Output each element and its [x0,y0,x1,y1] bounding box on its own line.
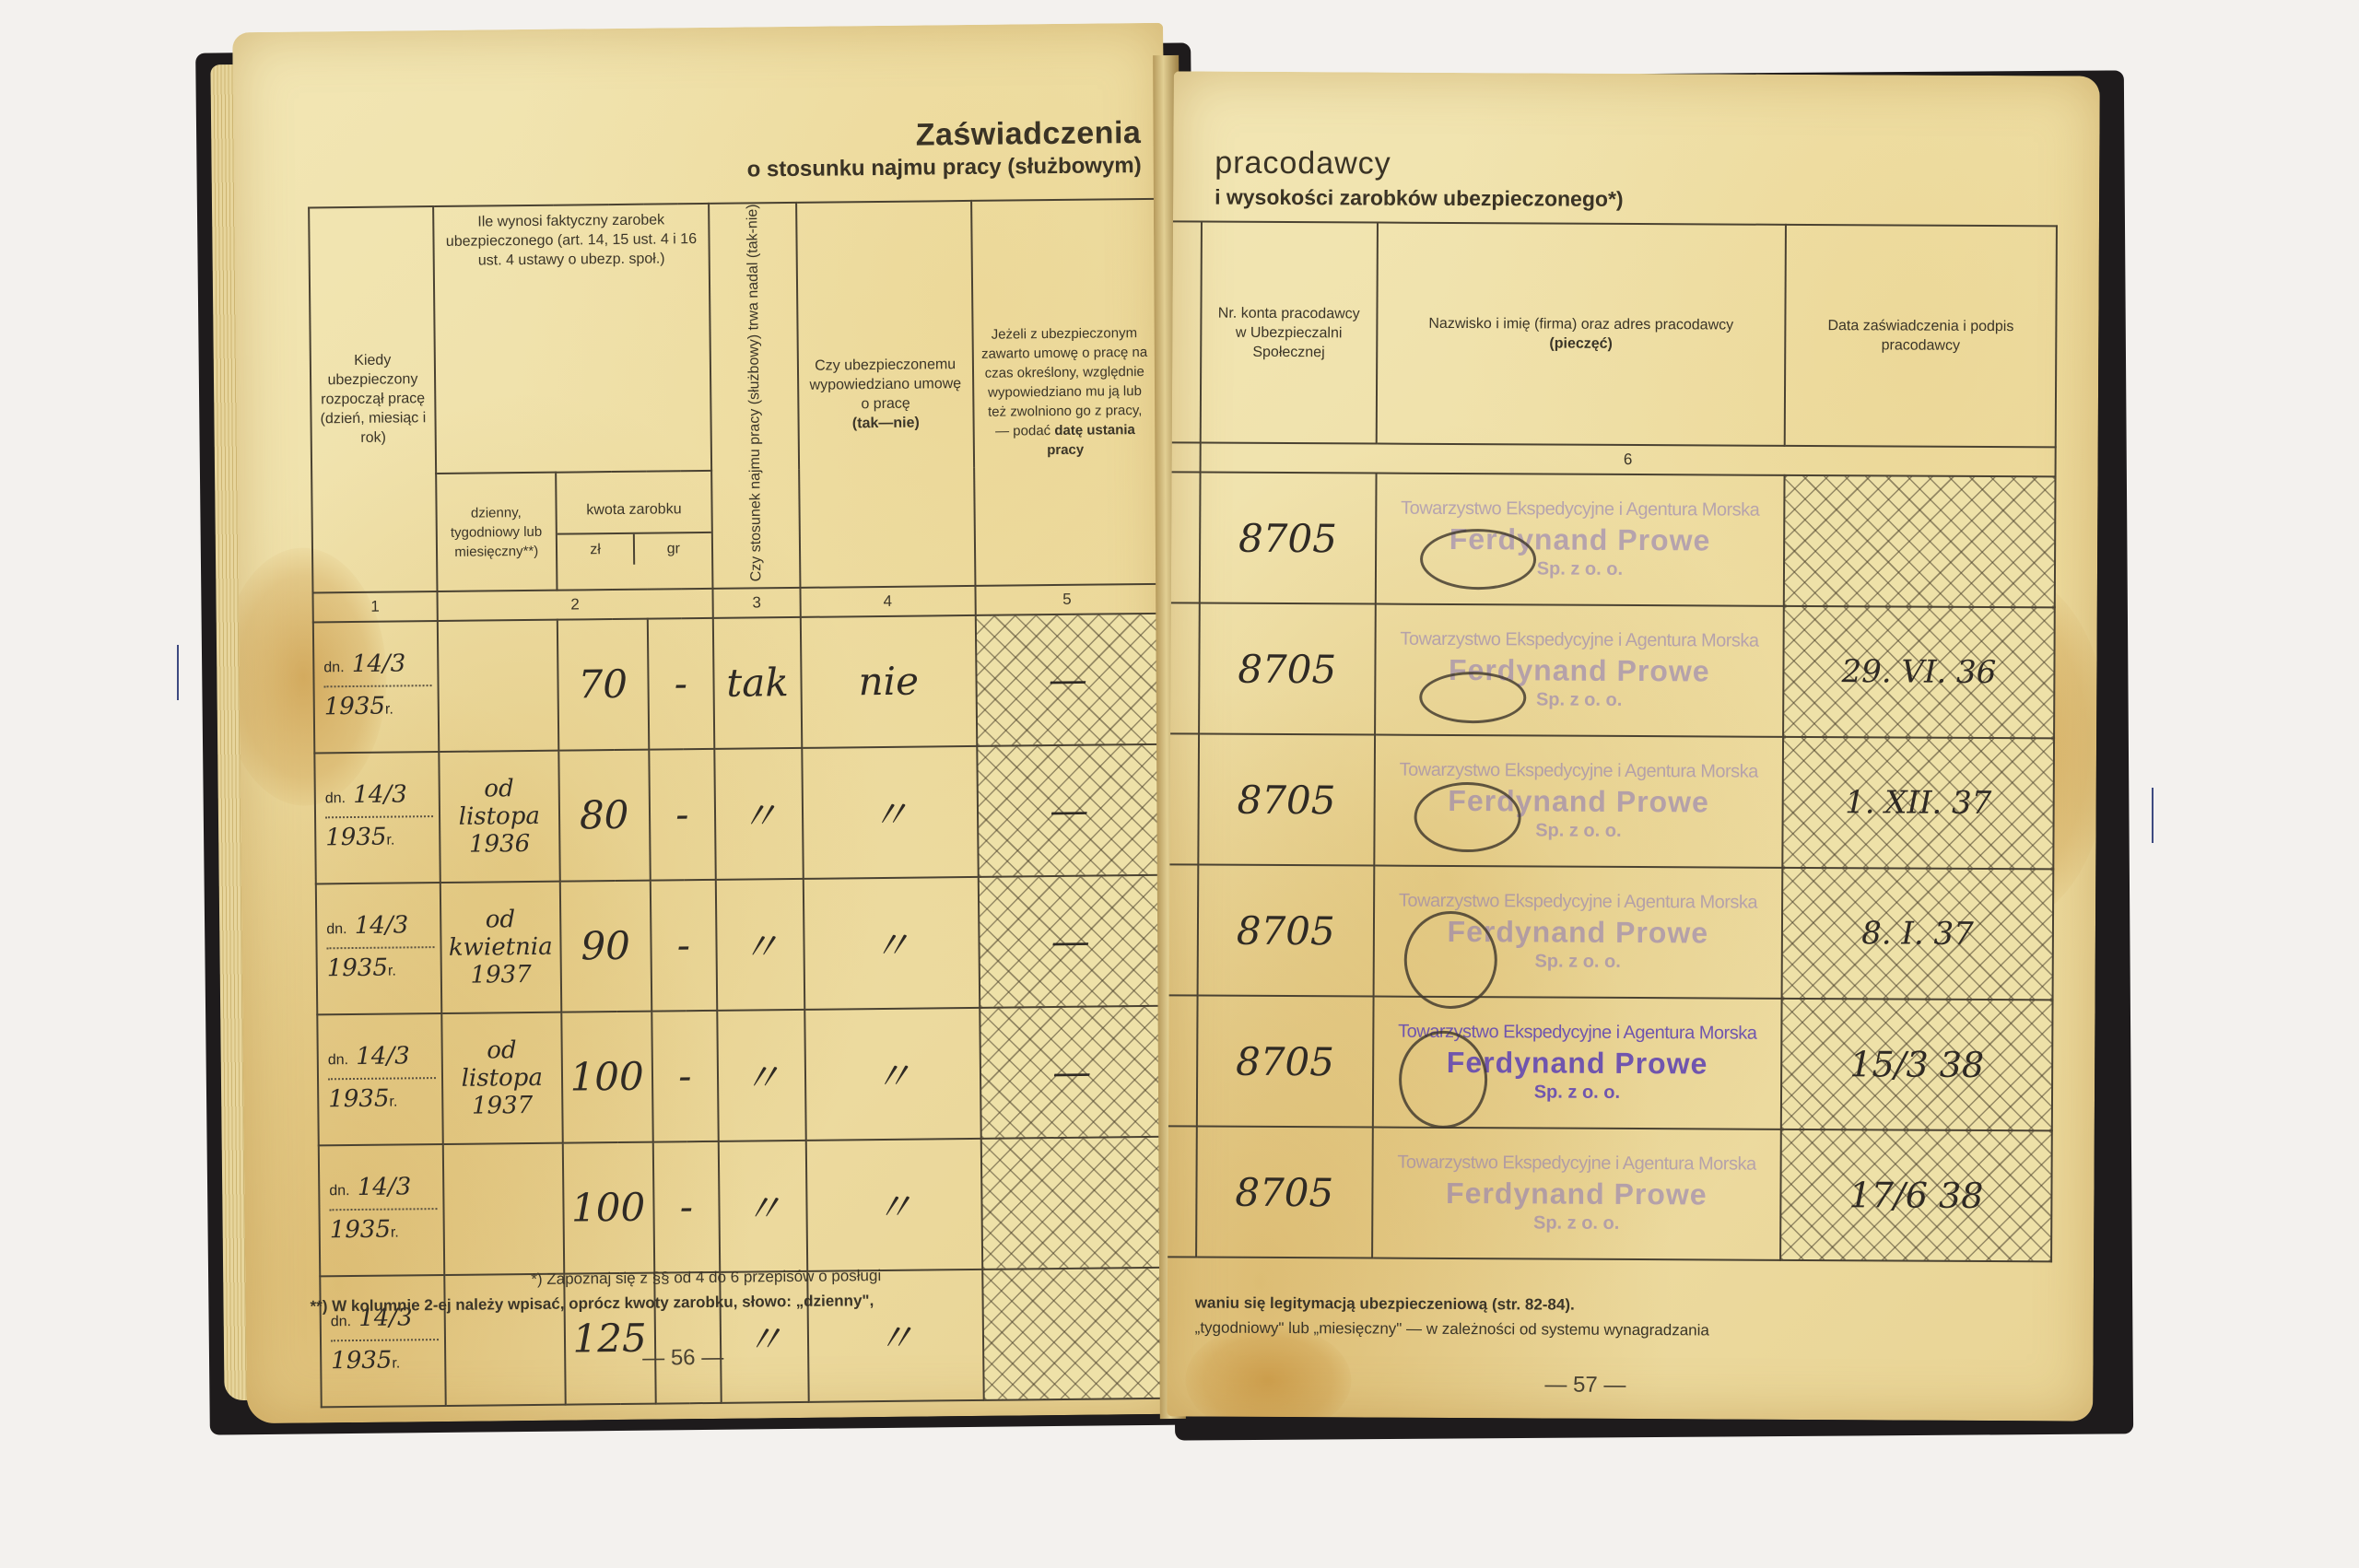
signature-stroke [1404,911,1498,1010]
table-row: dn. 14/3 1935r. od kwietnia 1937 90 - 〃 … [316,875,1163,1015]
page-57: pracodawcy i wysokości zarobków ubezpiec… [1167,71,2100,1421]
certificate-date-header: Data zaświadczenia i podpis pracodawcy [1785,225,2057,448]
start-date-day: 14/3 [353,780,407,809]
table-row: dn. 14/3 1935r. od listopa 1936 80 - 〃 〃… [314,744,1161,884]
table-edge [1172,442,1201,472]
employer-stamp-cell: Towarzystwo Ekspedycyjne i Agentura Mors… [1375,604,1784,737]
amount-zl: 100 [561,1012,652,1143]
start-date-cell: dn. 14/3 1935r. [316,883,441,1014]
r-label: r. [391,1224,399,1240]
signature-stroke [1399,1031,1488,1129]
end-date: — [980,1006,1165,1139]
page-56: Zaświadczenia o stosunku najmu pracy (sł… [232,23,1178,1423]
end-date: — [978,875,1163,1008]
still-employed: 〃 [714,748,803,880]
col-number-3: 3 [713,588,801,618]
footnote-continued-1: waniu się legitymacją ubezpieczeniową (s… [1195,1293,1575,1316]
signature-date: 1. XII. 37 [1782,737,2054,870]
signature-date: 8. I. 37 [1782,868,2054,1000]
end-date: — [975,614,1160,746]
employment-table-right: Nr. konta pracodawcy w Ubezpieczalni Spo… [1168,220,2058,1262]
table-row: dn. 14/3 1935r. 100 - 〃 〃 [319,1137,1166,1277]
signature-date: 29. VI. 36 [1783,606,2055,739]
col2-sub-period: dzienny, tygodniowy lub miesięczny**) [436,473,557,591]
signature-stroke [1414,782,1520,853]
signature-date: 17/6 38 [1780,1129,2052,1262]
amount-zl: 90 [559,881,651,1012]
dn-label: dn. [326,921,346,937]
footnote-asterisk: *) Zapoznaj się z §§ od 4 do 6 przepisów… [531,1265,881,1291]
start-date-year: 1935 [324,693,385,721]
stamp-line1: Towarzystwo Ekspedycyjne i Agentura Mors… [1375,890,1782,915]
employment-table-left: Kiedy ubezpieczony rozpoczął pracę (dzie… [308,198,1168,1409]
end-date: — [977,744,1162,877]
col4-header-text: Czy ubezpieczonemu wypowiedziano umowę o… [810,357,962,412]
col-number-2: 2 [437,589,713,621]
stamp-line2: Ferdynand Prowe [1373,1175,1780,1213]
start-date-day: 14/3 [355,911,409,940]
r-label: r. [389,1094,397,1109]
end-date [982,1268,1168,1400]
start-date-cell: dn. 14/3 1935r. [317,1013,442,1145]
start-date-year: 1935 [328,1085,389,1114]
employer-name-header-bold: (pieczęć) [1549,336,1613,352]
account-number: 8705 [1197,996,1374,1128]
signature-stroke [1419,672,1526,724]
amount-gr: - [652,1141,720,1273]
notice-given: 〃 [804,1008,980,1141]
employer-stamp-cell: Towarzystwo Ekspedycyjne i Agentura Mors… [1372,1128,1781,1260]
amount-zl: 70 [557,619,649,751]
stamp-line1: Towarzystwo Ekspedycyjne i Agentura Mors… [1373,1152,1780,1176]
period-cell [443,1143,564,1275]
table-row: 8705 Towarzystwo Ekspedycyjne i Agentura… [1169,733,2054,869]
company-stamp: Towarzystwo Ekspedycyjne i Agentura Mors… [1373,1152,1780,1236]
col-number-4: 4 [800,586,975,617]
start-date-year: 1935 [331,1347,392,1375]
dn-label: dn. [325,790,346,806]
col5-header: Jeżeli z ubezpieczonym zawarto umowę o p… [971,199,1159,586]
signature-stroke [1420,529,1536,591]
table-edge [1168,995,1198,1126]
col-number-5: 5 [975,584,1159,615]
col1-header: Kiedy ubezpieczony rozpoczął pracę (dzie… [309,206,437,592]
amount-gr: - [650,880,717,1012]
col4-header: Czy ubezpieczonemu wypowiedziano umowę o… [796,201,975,588]
table-row: 8705 Towarzystwo Ekspedycyjne i Agentura… [1168,1126,2052,1261]
col5-header-bold: datę ustania pracy [1047,423,1135,459]
start-date-cell: dn. 14/3 1935r. [313,621,439,753]
r-label: r. [386,832,394,848]
notice-given: 〃 [802,746,978,879]
account-number: 8705 [1198,734,1375,866]
col2-sub-amount-label: kwota zarobku [557,496,711,533]
col3-header-text: Czy stosunek najmu pracy (służbowy) trwa… [744,204,766,581]
zl-label: zł [557,534,636,566]
signature-date [1784,475,2056,608]
dn-label: dn. [323,660,344,675]
col2-header: Ile wynosi faktyczny zarobek ubezpieczon… [433,204,711,474]
page-subtitle: o stosunku najmu pracy (służbowym) [747,153,1142,182]
period-cell: od listopa 1937 [441,1012,562,1144]
page-number-56: — 56 — [642,1345,723,1372]
col3-header: Czy stosunek najmu pracy (służbowy) trwa… [709,203,800,589]
table-edge [1171,472,1201,603]
table-edge [1172,221,1202,442]
stamp-line1: Towarzystwo Ekspedycyjne i Agentura Mors… [1375,759,1782,784]
col-number-6: 6 [1200,443,2055,477]
table-edge [1169,864,1199,995]
period-cell [438,620,558,752]
start-date-year: 1935 [327,954,388,983]
table-row: dn. 14/3 1935r. 70 - tak nie — [313,614,1160,754]
start-date-cell: dn. 14/3 1935r. [314,752,440,883]
amount-gr: - [647,618,714,750]
page-title: Zaświadczenia [746,115,1141,155]
amount-gr: - [649,749,716,881]
r-label: r. [388,963,396,978]
employer-name-header: Nazwisko i imię (firma) oraz adres praco… [1376,223,1786,446]
notice-given: 〃 [804,877,980,1010]
binding-thread [177,645,179,700]
still-employed: 〃 [716,879,804,1011]
account-number: 8705 [1199,603,1376,735]
period-cell: od kwietnia 1937 [440,882,561,1013]
binding-thread [2152,788,2154,843]
col2-sub-amount: kwota zarobku zł gr [556,471,713,590]
table-row: 8705 Towarzystwo Ekspedycyjne i Agentura… [1169,864,2054,1000]
stamp-line1: Towarzystwo Ekspedycyjne i Agentura Mors… [1377,497,1784,522]
start-date-day: 14/3 [352,649,406,678]
table-edge [1169,733,1199,864]
table-row: dn. 14/3 1935r. od listopa 1937 100 - 〃 … [317,1006,1164,1146]
account-number-header: Nr. konta pracodawcy w Ubezpieczalni Spo… [1201,222,1378,444]
page-number-57: — 57 — [1544,1373,1625,1398]
end-date [980,1137,1166,1270]
r-label: r. [385,701,393,717]
table-row: 8705 Towarzystwo Ekspedycyjne i Agentura… [1168,995,2053,1130]
signature-date: 15/3 38 [1781,999,2053,1131]
dn-label: dn. [329,1183,349,1199]
col-number-1: 1 [312,591,437,622]
start-date-cell: dn. 14/3 1935r. [319,1144,444,1276]
start-date-year: 1935 [325,824,386,852]
footnote-continued-2: „tygodniowy" lub „miesięczny" — w zależn… [1195,1317,1709,1342]
r-label: r. [392,1355,400,1371]
notice-given: 〃 [806,1139,982,1271]
stamp-line1: Towarzystwo Ekspedycyjne i Agentura Mors… [1376,628,1783,653]
table-row: 8705 Towarzystwo Ekspedycyjne i Agentura… [1170,603,2055,738]
table-edge [1168,1126,1197,1257]
page-title-continued: pracodawcy [1215,146,1624,183]
table-edge [1170,603,1200,733]
still-employed: 〃 [719,1141,807,1272]
page-subtitle-continued: i wysokości zarobków ubezpieczonego*) [1215,185,1624,212]
table-row: 8705 Towarzystwo Ekspedycyjne i Agentura… [1171,472,2056,607]
gr-label: gr [635,533,711,565]
start-date-year: 1935 [330,1216,391,1245]
stamp-line3: Sp. z o. o. [1373,1211,1780,1236]
still-employed: 〃 [717,1010,805,1141]
amount-gr: - [651,1011,719,1142]
start-date-day: 14/3 [356,1042,410,1071]
account-number: 8705 [1200,473,1377,604]
still-employed: tak [713,617,802,749]
right-page-heading: pracodawcy i wysokości zarobków ubezpiec… [1215,146,1624,212]
col4-header-bold: (tak—nie) [852,415,920,432]
period-cell: od listopa 1936 [439,751,559,883]
start-date-day: 14/3 [358,1173,412,1201]
account-number: 8705 [1197,865,1374,997]
amount-zl: 80 [558,750,650,882]
account-number: 8705 [1196,1127,1373,1258]
amount-zl: 100 [562,1142,653,1274]
notice-given: 〃 [807,1270,983,1402]
employer-name-header-text: Nazwisko i imię (firma) oraz adres praco… [1428,316,1733,333]
notice-given: nie [801,615,977,748]
dn-label: dn. [328,1052,348,1068]
left-page-heading: Zaświadczenia o stosunku najmu pracy (sł… [746,115,1142,182]
